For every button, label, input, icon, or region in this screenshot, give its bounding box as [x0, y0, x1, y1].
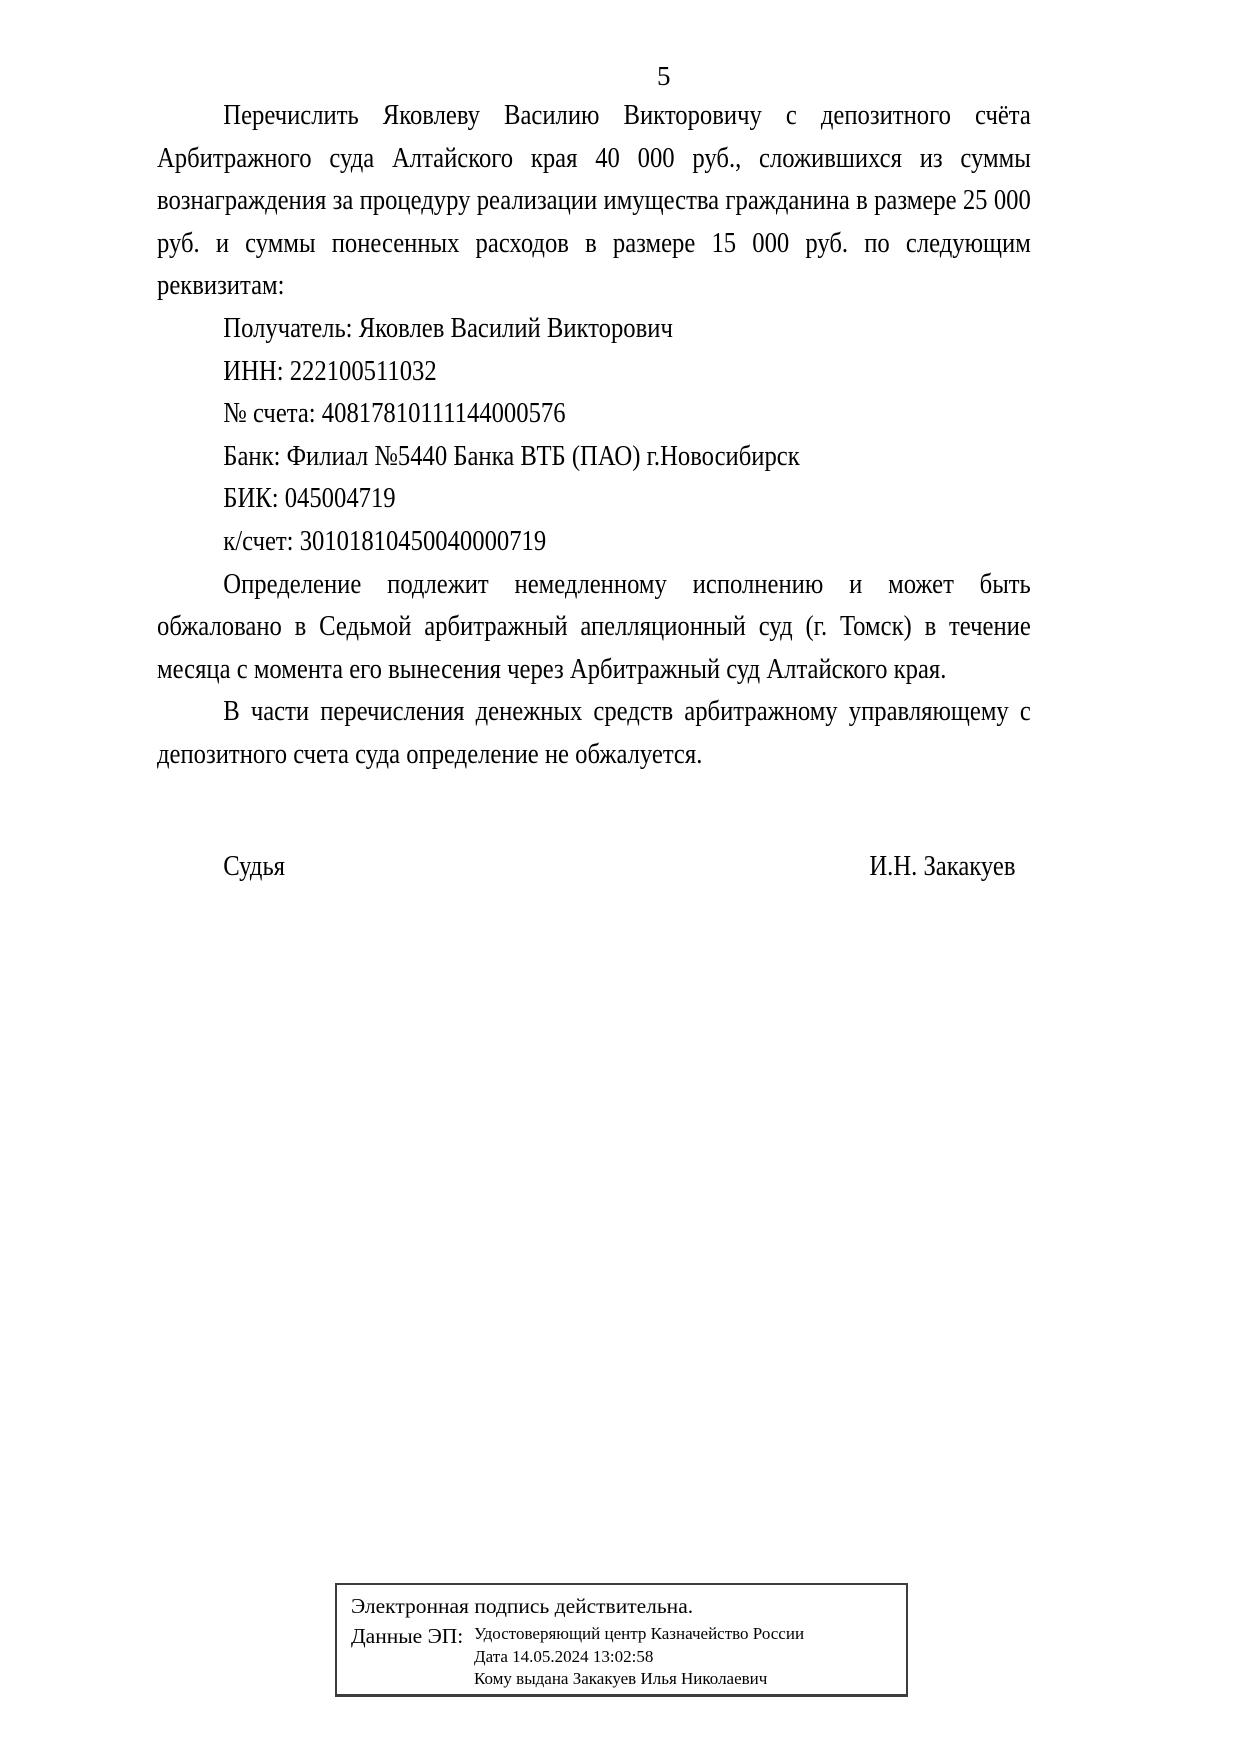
- stamp-data-row: Данные ЭП: Удостоверяющий центр Казначей…: [351, 1623, 892, 1691]
- paragraph-appeal-terms: Определение подлежит немедленному исполн…: [157, 563, 1031, 691]
- electronic-signature-stamp: Электронная подпись действительна. Данны…: [335, 1583, 908, 1697]
- stamp-date: Дата 14.05.2024 13:02:58: [474, 1646, 804, 1669]
- page-number: 5: [657, 61, 671, 91]
- signature-name: И.Н. Закакуев: [869, 845, 1015, 888]
- stamp-valid-text: Электронная подпись действительна.: [351, 1593, 892, 1620]
- signature-row: Судья И.Н. Закакуев: [157, 845, 1031, 888]
- detail-bik: БИК: 045004719: [157, 477, 1031, 520]
- paragraph-no-appeal: В части перечисления денежных средств ар…: [157, 690, 1031, 775]
- document-body: Перечислить Яковлеву Василию Викторовичу…: [157, 94, 1031, 887]
- detail-recipient: Получатель: Яковлев Василий Викторович: [157, 307, 1031, 350]
- detail-bank: Банк: Филиал №5440 Банка ВТБ (ПАО) г.Нов…: [157, 435, 1031, 478]
- stamp-issued-to: Кому выдана Закакуев Илья Николаевич: [474, 1668, 804, 1691]
- detail-corr-account: к/счет: 30101810450040000719: [157, 520, 1031, 563]
- stamp-details: Удостоверяющий центр Казначейство России…: [474, 1623, 804, 1691]
- paragraph-transfer-order: Перечислить Яковлеву Василию Викторовичу…: [157, 94, 1031, 307]
- detail-account-number: № счета: 40817810111144000576: [157, 392, 1031, 435]
- document-page: 5 Перечислить Яковлеву Василию Викторови…: [0, 0, 1241, 1755]
- signature-role: Судья: [223, 845, 285, 888]
- stamp-authority: Удостоверяющий центр Казначейство России: [474, 1623, 804, 1646]
- detail-inn: ИНН: 222100511032: [157, 350, 1031, 393]
- stamp-data-label: Данные ЭП:: [351, 1623, 474, 1691]
